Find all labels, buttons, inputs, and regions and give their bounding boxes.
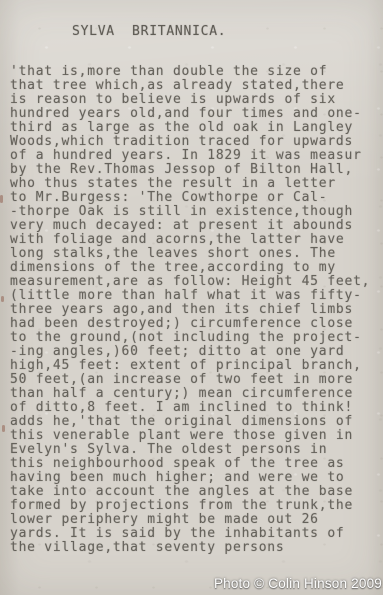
margin-mark — [0, 195, 3, 203]
page-title: SYLVA BRITANNICA. — [72, 24, 226, 40]
photo-credit-watermark: Photo © Colin Hinson 2009 — [214, 576, 382, 591]
photo-of-typewritten-page: SYLVA BRITANNICA. 'that is,more than dou… — [0, 0, 383, 595]
typed-body-text: 'that is,more than double the size of th… — [10, 65, 370, 555]
margin-mark — [2, 425, 5, 432]
margin-mark — [1, 296, 4, 302]
